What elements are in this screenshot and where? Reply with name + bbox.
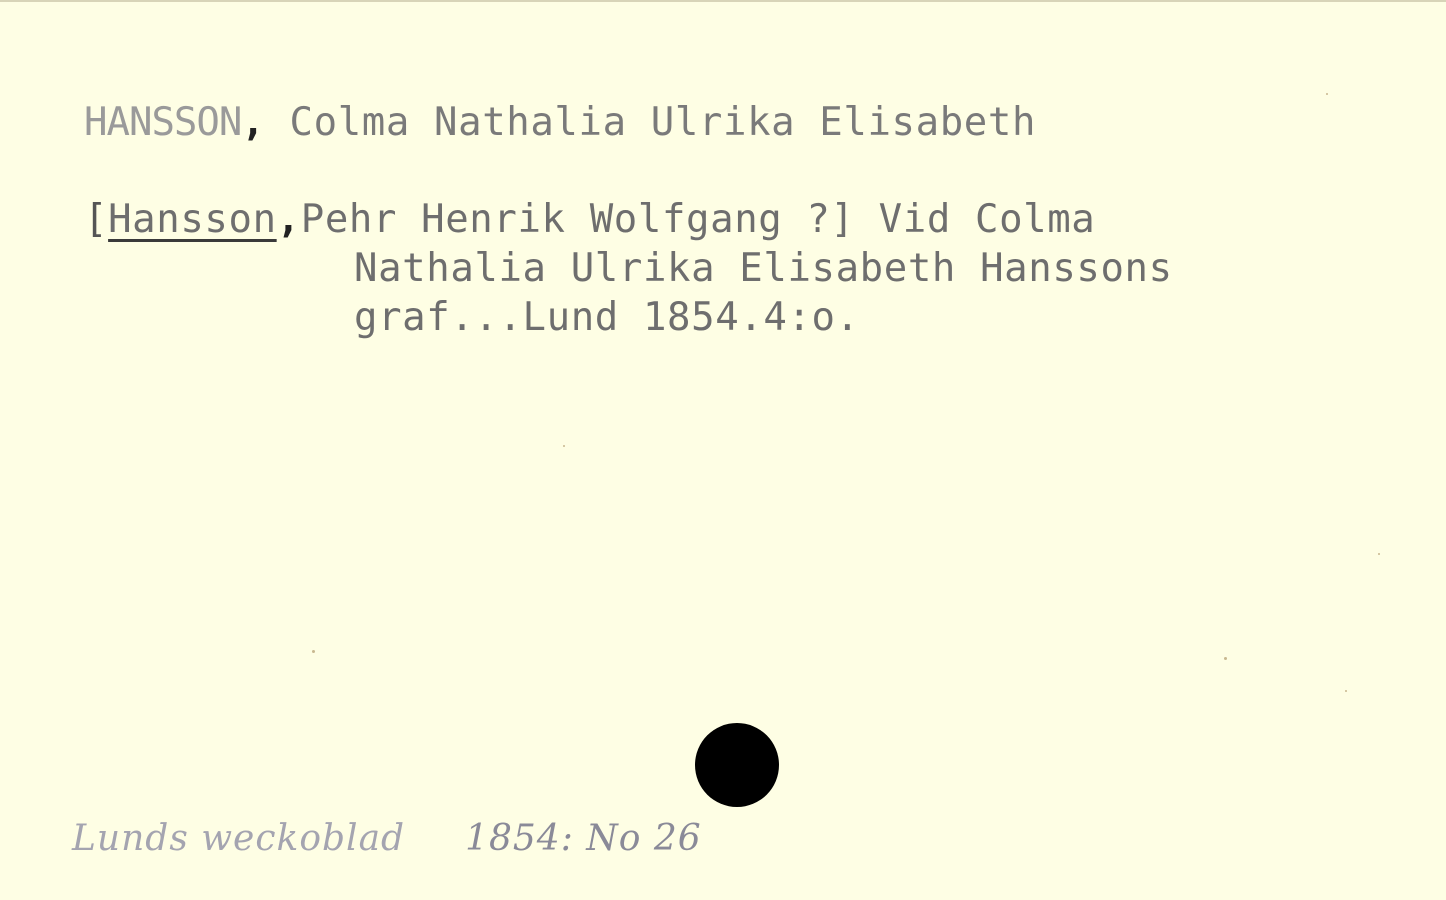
author-surname: Hansson (108, 197, 277, 242)
card-heading: HANSSON, Colma Nathalia Ulrika Elisabeth (84, 98, 1036, 147)
heading-given-names: Colma Nathalia Ulrika Elisabeth (265, 100, 1036, 145)
entry-line-1-rest: Pehr Henrik Wolfgang ?] Vid Colma (301, 197, 1096, 242)
entry-line-2: Nathalia Ulrika Elisabeth Hanssons (354, 244, 1173, 293)
handwritten-source: Lunds weckoblad (72, 818, 405, 859)
paper-speck (1378, 553, 1380, 555)
paper-speck (1326, 93, 1328, 95)
paper-speck (1224, 657, 1227, 660)
paper-speck (563, 445, 565, 447)
punch-hole (695, 723, 779, 807)
paper-speck (312, 650, 315, 653)
handwritten-reference: 1854: No 26 (465, 818, 702, 859)
author-comma: , (277, 197, 301, 242)
entry-line-1: [Hansson,Pehr Henrik Wolfgang ?] Vid Col… (84, 195, 1095, 244)
paper-speck (1345, 690, 1347, 692)
heading-surname: HANSSON (84, 100, 241, 145)
open-bracket: [ (84, 197, 108, 242)
catalog-card: HANSSON, Colma Nathalia Ulrika Elisabeth… (0, 0, 1446, 900)
entry-line-3: graf...Lund 1854.4:o. (354, 293, 860, 342)
heading-comma: , (241, 100, 265, 145)
handwritten-note: Lunds weckoblad1854: No 26 (72, 818, 702, 859)
